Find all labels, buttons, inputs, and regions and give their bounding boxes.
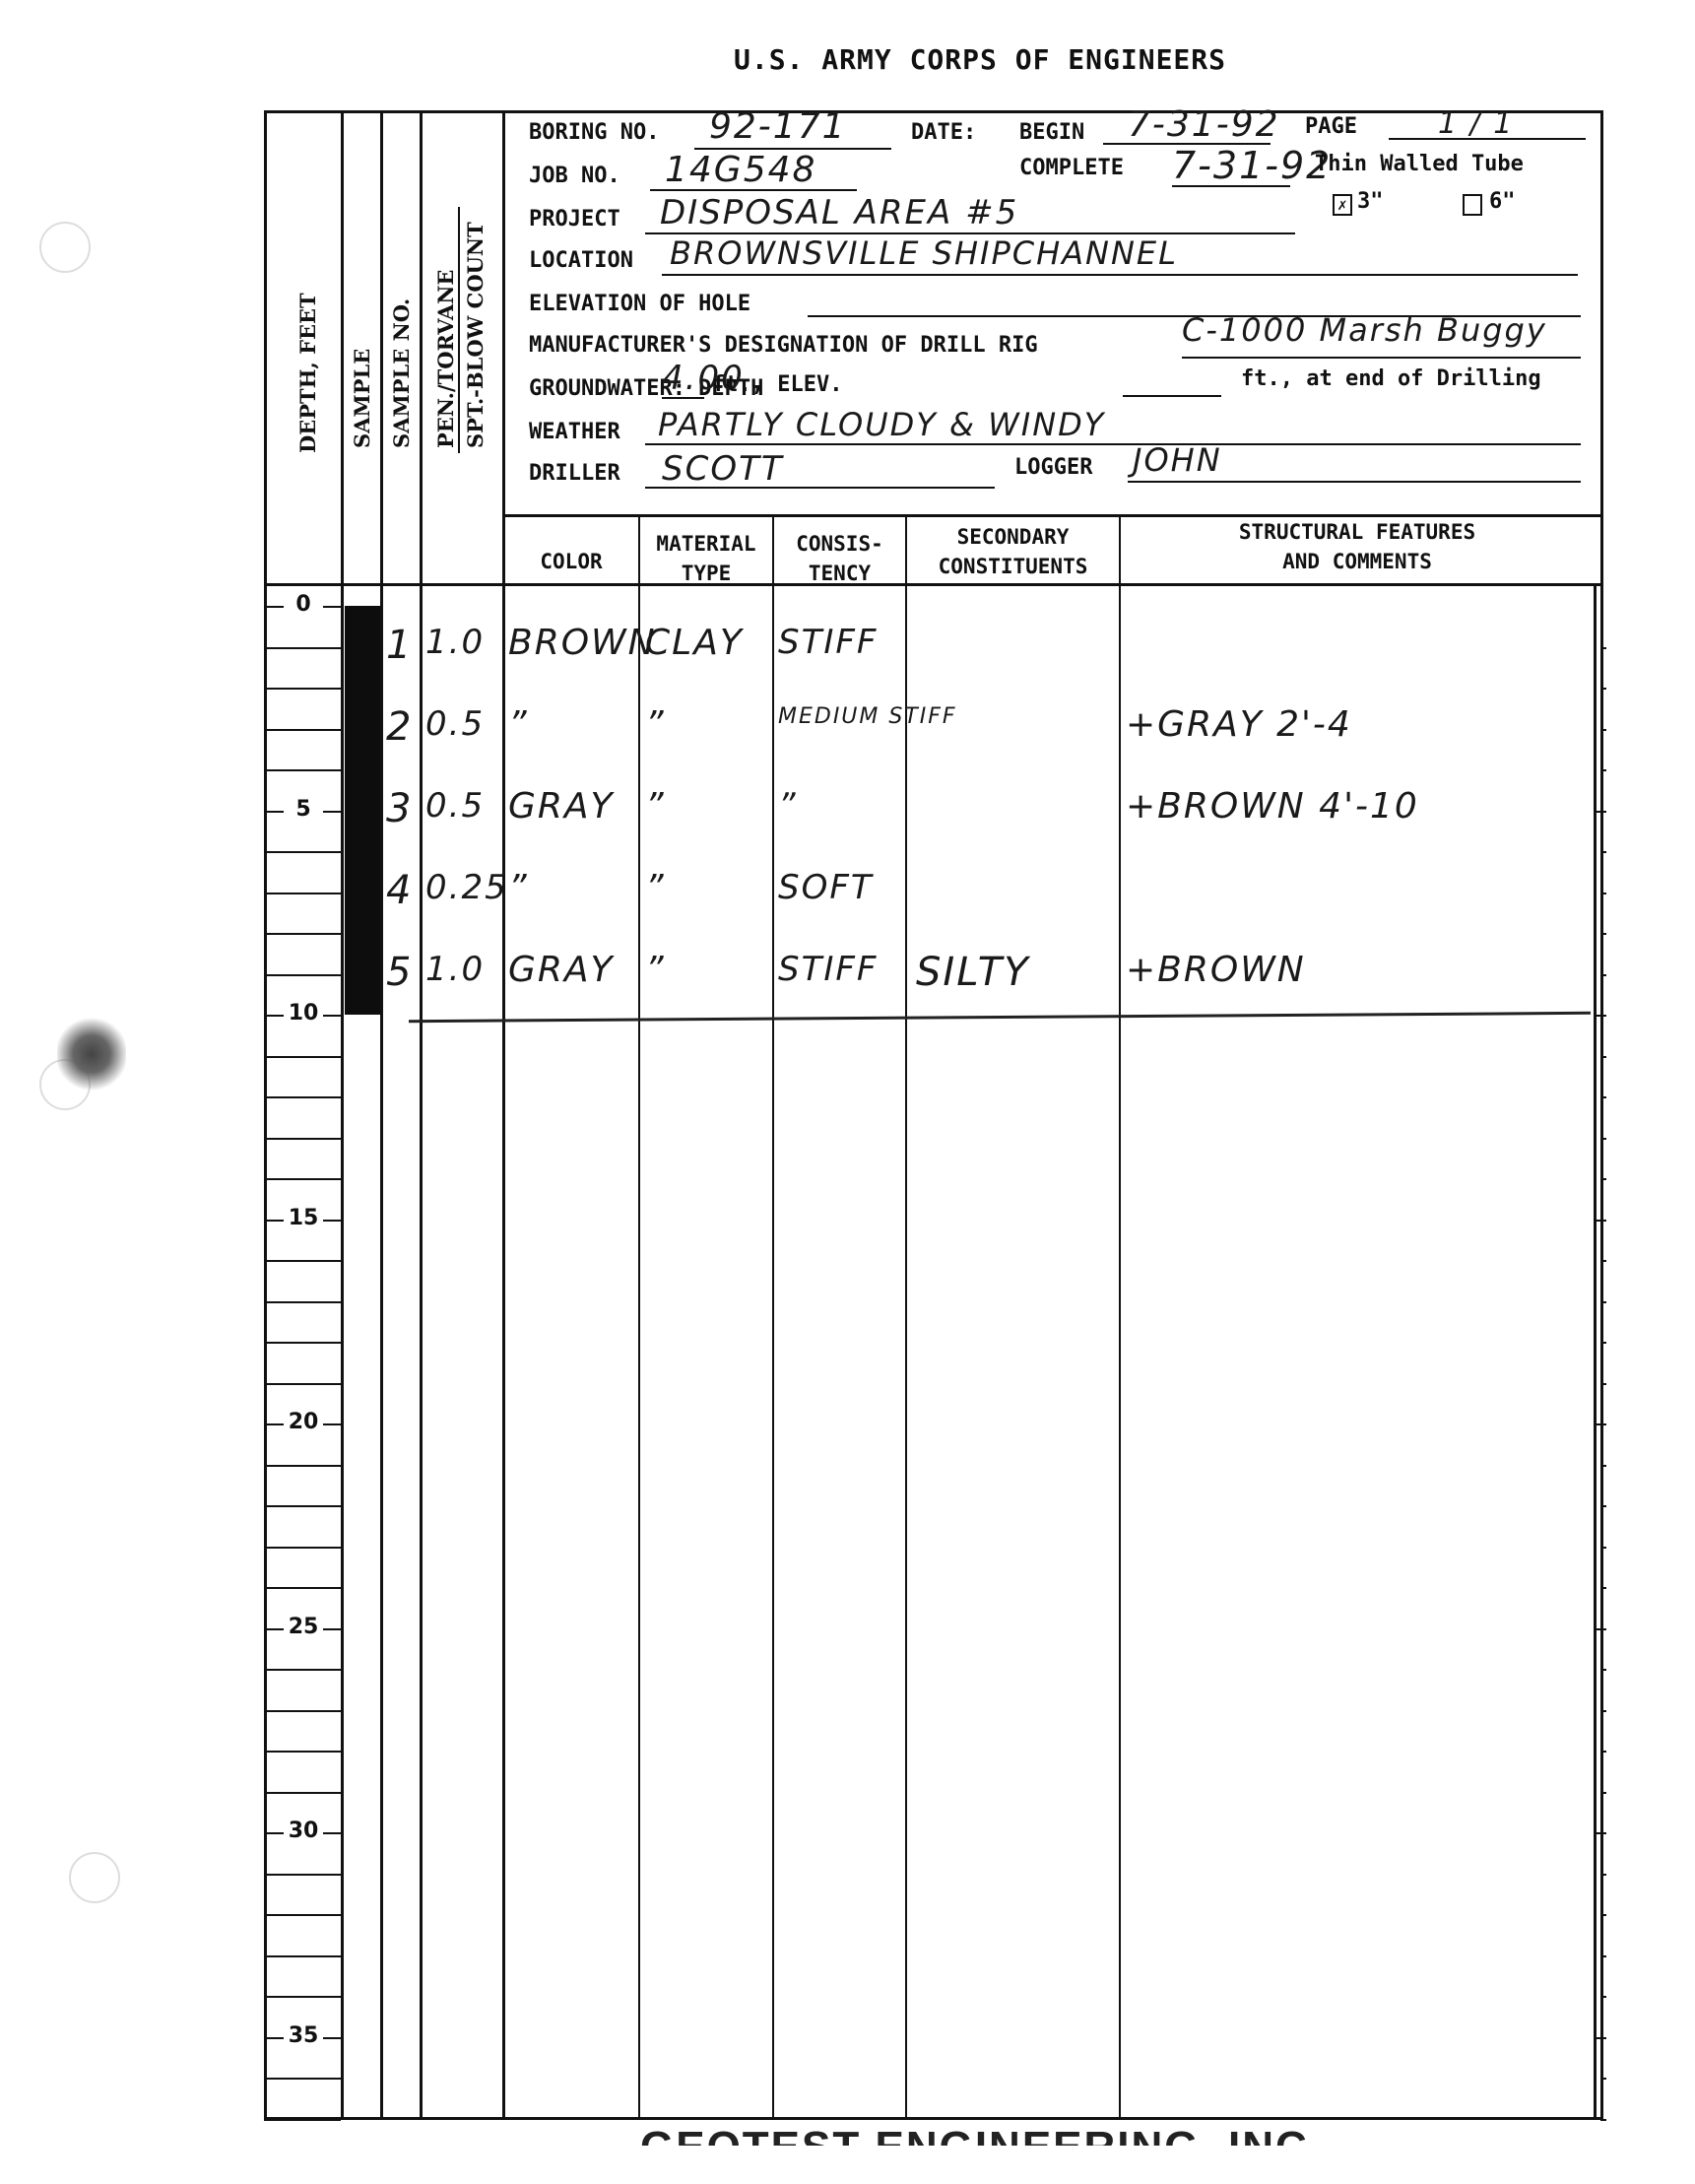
depth-gridline	[264, 1669, 341, 1671]
depth-gridline	[264, 1383, 341, 1385]
right-scale-tick	[1600, 2119, 1606, 2121]
depth-gridline	[264, 1260, 341, 1262]
divider	[341, 110, 344, 2120]
elevation-label: ELEVATION OF HOLE	[529, 292, 750, 316]
sample-secondary-cell: SILTY	[916, 950, 1030, 995]
depth-gridline	[264, 688, 341, 690]
depth-gridline	[264, 1178, 341, 1180]
sample-no-cell: 5	[386, 950, 413, 995]
weather-value[interactable]: PARTLY CLOUDY & WINDY	[658, 406, 1105, 443]
right-scale-tick	[1600, 688, 1606, 690]
right-scale-tick	[1600, 1547, 1606, 1549]
right-scale-tick	[1600, 893, 1606, 894]
right-scale-tick	[1600, 1260, 1606, 1262]
depth-gridline	[264, 729, 341, 731]
right-scale-tick	[1600, 1383, 1606, 1385]
drill-rig-value[interactable]: C-1000 Marsh Buggy	[1182, 311, 1547, 349]
depth-label: 10	[284, 1001, 323, 1026]
agency-title: U.S. ARMY CORPS OF ENGINEERS	[734, 43, 1226, 76]
sample-consistency-cell: ”	[778, 786, 798, 826]
ft-elev-label: ft., ELEV.	[712, 372, 842, 397]
sample-comments-cell: +BROWN	[1126, 950, 1306, 990]
date-label: DATE:	[911, 120, 976, 145]
depth-gridline	[264, 1874, 341, 1876]
right-scale-tick	[1600, 1955, 1606, 1957]
depth-label: 20	[284, 1410, 323, 1434]
depth-gridline	[264, 2119, 341, 2121]
depth-gridline	[264, 1547, 341, 1549]
right-scale-tick	[1600, 1669, 1606, 1671]
depth-gridline	[264, 1996, 341, 1998]
depth-gridline	[264, 1056, 341, 1058]
right-scale-tick	[1600, 1710, 1606, 1712]
depth-gridline	[264, 1751, 341, 1753]
sample-pen-cell: 1.0	[425, 950, 485, 989]
depth-gridline	[264, 769, 341, 771]
groundwater-elev-field[interactable]	[1123, 395, 1221, 397]
sample-pen-cell: 0.5	[425, 704, 485, 744]
depth-gridline	[264, 1138, 341, 1140]
driller-label: DRILLER	[529, 461, 620, 486]
right-scale-tick	[1600, 1751, 1606, 1753]
right-scale-tick	[1600, 729, 1606, 731]
right-scale-tick	[1600, 933, 1606, 935]
right-scale-tick	[1600, 1465, 1606, 1467]
depth-feet-header: DEPTH, FEET	[295, 293, 320, 453]
begin-label: BEGIN	[1019, 120, 1084, 145]
location-label: LOCATION	[529, 248, 633, 273]
depth-gridline	[264, 647, 341, 649]
right-scale-tick	[1600, 1792, 1606, 1794]
sample-material-cell: ”	[645, 950, 666, 990]
boring-no-value[interactable]: 92-171	[709, 106, 847, 147]
binder-hole-bottom	[69, 1852, 120, 1903]
sample-material-cell: ”	[645, 704, 666, 745]
right-scale-major	[1594, 1832, 1603, 1834]
depth-label: 15	[284, 1206, 323, 1230]
tube-3in-label: 3"	[1357, 189, 1384, 214]
divider	[772, 514, 774, 2120]
sample-material-cell: ”	[645, 868, 666, 908]
secondary-header-1: SECONDARY	[907, 522, 1119, 552]
thin-walled-tube-label: Thin Walled Tube	[1315, 152, 1524, 176]
right-scale-tick	[1600, 1301, 1606, 1303]
sample-comments-cell: +GRAY 2'-4	[1126, 704, 1352, 745]
sample-color-cell: ”	[508, 704, 529, 745]
right-scale-tick	[1600, 1056, 1606, 1058]
depth-gridline	[264, 974, 341, 976]
depth-label: 5	[284, 797, 323, 822]
project-value[interactable]: DISPOSAL AREA #5	[660, 193, 1018, 232]
secondary-header-2: CONSTITUENTS	[907, 552, 1119, 581]
divider	[638, 514, 640, 2120]
divider	[1119, 514, 1121, 2120]
depth-label: 30	[284, 1819, 323, 1843]
location-value[interactable]: BROWNSVILLE SHIPCHANNEL	[670, 234, 1178, 272]
depth-gridline	[264, 2078, 341, 2080]
tube-3in-checkbox[interactable]: ✗	[1333, 194, 1352, 216]
sample-color-cell: GRAY	[508, 950, 615, 990]
depth-gridline	[264, 1955, 341, 1957]
right-scale-major	[1594, 2037, 1603, 2039]
divider	[905, 514, 907, 2120]
depth-gridline	[264, 1710, 341, 1712]
sample-no-cell: 3	[386, 786, 413, 831]
underline	[1128, 481, 1581, 483]
tube-6in-checkbox[interactable]	[1463, 194, 1482, 216]
weather-label: WEATHER	[529, 420, 620, 444]
logger-label: LOGGER	[1014, 455, 1092, 480]
depth-gridline	[264, 1096, 341, 1098]
underline	[1182, 357, 1581, 359]
sample-consistency-cell: STIFF	[778, 950, 879, 989]
divider	[1594, 583, 1597, 2120]
depth-gridline	[264, 1792, 341, 1794]
right-scale-tick	[1600, 1138, 1606, 1140]
right-scale-tick	[1600, 851, 1606, 853]
spt-blow-count-header: SPT.-BLOW COUNT	[463, 222, 488, 448]
sample-consistency-cell: MEDIUM STIFF	[778, 704, 957, 729]
depth-gridline	[264, 1587, 341, 1589]
depth-label: 0	[284, 592, 323, 617]
sample-material-cell: ”	[645, 786, 666, 827]
depth-gridline	[264, 1301, 341, 1303]
right-scale-tick	[1600, 647, 1606, 649]
project-label: PROJECT	[529, 207, 620, 232]
logger-value[interactable]: JOHN	[1133, 441, 1222, 479]
job-no-value[interactable]: 14G548	[665, 150, 816, 190]
right-scale-tick	[1600, 769, 1606, 771]
ink-smudge	[57, 1015, 126, 1093]
sample-color-cell: GRAY	[508, 786, 615, 827]
begin-date-value[interactable]: 7-31-92	[1128, 104, 1280, 145]
sample-no-cell: 2	[386, 704, 413, 750]
drill-rig-label: MANUFACTURER'S DESIGNATION OF DRILL RIG	[529, 333, 1038, 358]
color-header: COLOR	[504, 547, 638, 576]
depth-gridline	[264, 1914, 341, 1916]
sample-color-cell: BROWN	[508, 623, 657, 663]
sample-no-header: SAMPLE NO.	[389, 298, 414, 448]
right-scale-major	[1594, 1423, 1603, 1425]
tube-6in-label: 6"	[1489, 189, 1516, 214]
divider	[380, 110, 383, 2120]
complete-label: COMPLETE	[1019, 156, 1124, 180]
boring-no-label: BORING NO.	[529, 120, 659, 145]
sampled-interval-bar	[345, 606, 380, 1015]
right-scale-tick	[1600, 1178, 1606, 1180]
footer-company: GEOTEST ENGINEERING, INC	[640, 2118, 1309, 2146]
right-scale-tick	[1600, 2078, 1606, 2080]
underline	[645, 443, 1581, 445]
right-scale-tick	[1600, 1996, 1606, 1998]
page-value: 1 / 1	[1438, 106, 1514, 141]
right-scale-tick	[1600, 1342, 1606, 1344]
sample-material-cell: CLAY	[645, 623, 744, 663]
right-scale-tick	[1600, 1096, 1606, 1098]
page-label: PAGE	[1305, 114, 1357, 139]
structural-header-1: STRUCTURAL FEATURES	[1121, 517, 1594, 547]
sample-consistency-cell: STIFF	[778, 623, 879, 662]
table-header-divider	[264, 583, 1603, 586]
pen-torvane-header: PEN./TORVANE	[433, 270, 458, 448]
depth-gridline	[264, 933, 341, 935]
divider	[420, 110, 423, 2120]
right-scale-major	[1594, 811, 1603, 813]
material-header-1: MATERIAL	[640, 529, 772, 559]
sample-pen-cell: 0.5	[425, 786, 485, 826]
depth-gridline	[264, 1342, 341, 1344]
underline	[662, 274, 1578, 276]
sample-comments-cell: +BROWN 4'-10	[1126, 786, 1419, 827]
consistency-header-1: CONSIS-	[774, 529, 905, 559]
fraction-bar	[458, 207, 460, 453]
groundwater-suffix: ft., at end of Drilling	[1241, 366, 1541, 391]
right-scale-major	[1594, 1628, 1603, 1630]
right-scale-tick	[1600, 1874, 1606, 1876]
driller-value[interactable]: SCOTT	[662, 449, 784, 489]
binder-hole-top	[39, 222, 91, 273]
sample-no-cell: 4	[386, 868, 413, 913]
depth-label: 35	[284, 2023, 323, 2048]
right-scale-major	[1594, 1220, 1603, 1222]
right-scale-tick	[1600, 1914, 1606, 1916]
sample-no-cell: 1	[386, 623, 413, 668]
right-scale-tick	[1600, 1505, 1606, 1507]
sample-consistency-cell: SOFT	[778, 868, 874, 907]
structural-header-2: AND COMMENTS	[1121, 547, 1594, 576]
depth-gridline	[264, 1505, 341, 1507]
sample-pen-cell: 1.0	[425, 623, 485, 662]
divider	[502, 110, 505, 2120]
complete-date-value[interactable]: 7-31-92	[1172, 144, 1332, 187]
sample-color-cell: ”	[508, 868, 529, 908]
job-no-label: JOB NO.	[529, 164, 620, 188]
right-scale-tick	[1600, 974, 1606, 976]
right-scale-major	[1594, 1015, 1603, 1017]
sample-pen-cell: 0.25	[425, 868, 508, 907]
right-scale-tick	[1600, 1587, 1606, 1589]
depth-gridline	[264, 1465, 341, 1467]
sample-header: SAMPLE	[350, 349, 374, 448]
depth-label: 25	[284, 1615, 323, 1639]
depth-gridline	[264, 851, 341, 853]
depth-gridline	[264, 893, 341, 894]
